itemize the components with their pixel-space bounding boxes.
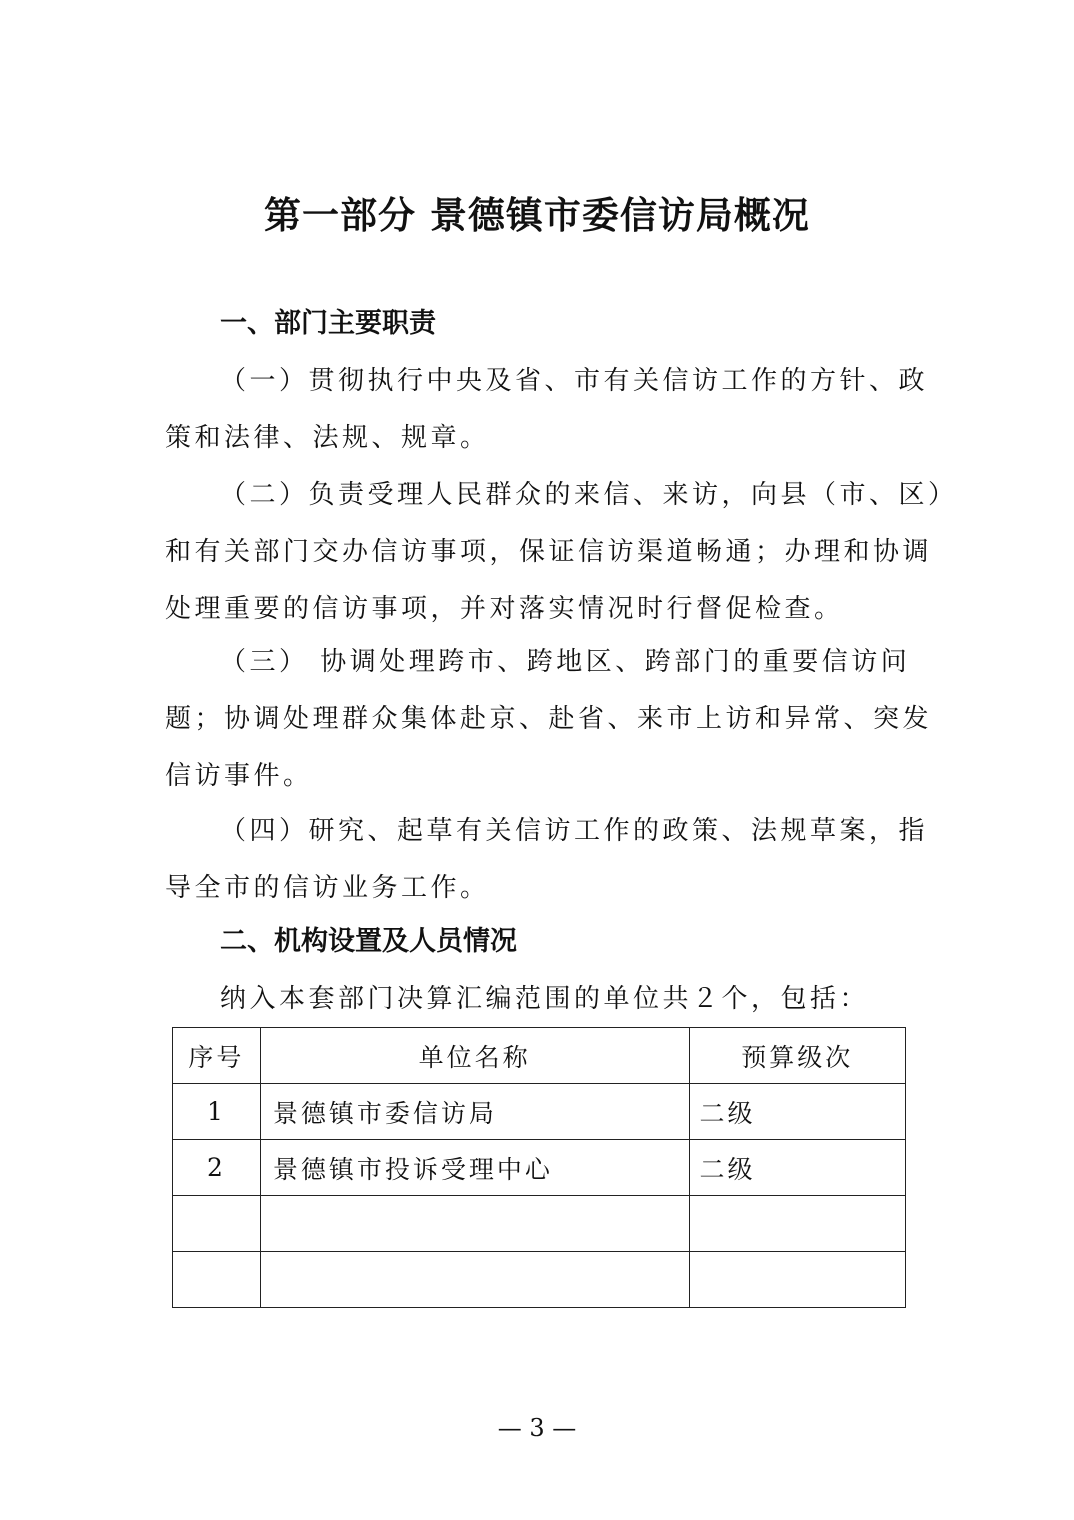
duty-paragraph-3: （三） 协调处理跨市、跨地区、跨部门的重要信访问 题；协调处理群众集体赴京、赴省… — [165, 634, 915, 805]
cell-budget-level: 二级 — [689, 1084, 905, 1140]
header-index: 序号 — [173, 1028, 261, 1084]
intro-text: 纳入本套部门决算汇编范围的单位共２个，包括： — [220, 971, 920, 1028]
cell-unit-name: 景德镇市委信访局 — [260, 1084, 689, 1140]
text-line: 策和法律、法规、规章。 — [165, 410, 915, 467]
cell-index — [173, 1196, 261, 1252]
section1-heading: 一、部门主要职责 — [220, 304, 436, 344]
duty-paragraph-1: （一）贯彻执行中央及省、市有关信访工作的方针、政 策和法律、法规、规章。 — [165, 353, 915, 467]
text-line: （四）研究、起草有关信访工作的政策、法规草案，指 — [165, 803, 915, 860]
cell-unit-name: 景德镇市投诉受理中心 — [260, 1140, 689, 1196]
cell-index: 1 — [173, 1084, 261, 1140]
duty-paragraph-4: （四）研究、起草有关信访工作的政策、法规草案，指 导全市的信访业务工作。 — [165, 803, 915, 917]
table-row: 1 景德镇市委信访局 二级 — [173, 1084, 906, 1140]
text-line: 题；协调处理群众集体赴京、赴省、来市上访和异常、突发 — [165, 691, 915, 748]
cell-index: 2 — [173, 1140, 261, 1196]
header-unit-name: 单位名称 — [260, 1028, 689, 1084]
text-line: （二）负责受理人民群众的来信、来访，向县（市、区） — [165, 467, 915, 524]
text-line: 导全市的信访业务工作。 — [165, 860, 915, 917]
page-number: — 3 — — [0, 1410, 1074, 1446]
section2-heading: 二、机构设置及人员情况 — [220, 922, 517, 962]
cell-unit-name — [260, 1196, 689, 1252]
cell-budget-level: 二级 — [689, 1140, 905, 1196]
page-title: 第一部分 景德镇市委信访局概况 — [0, 188, 1074, 244]
text-line: （三） 协调处理跨市、跨地区、跨部门的重要信访问 — [165, 634, 915, 691]
text-line: 和有关部门交办信访事项，保证信访渠道畅通；办理和协调 — [165, 524, 915, 581]
table-header-row: 序号 单位名称 预算级次 — [173, 1028, 906, 1084]
table-row: 2 景德镇市投诉受理中心 二级 — [173, 1140, 906, 1196]
table-row — [173, 1252, 906, 1308]
cell-budget-level — [689, 1196, 905, 1252]
cell-unit-name — [260, 1252, 689, 1308]
header-budget-level: 预算级次 — [689, 1028, 905, 1084]
text-line: （一）贯彻执行中央及省、市有关信访工作的方针、政 — [165, 353, 915, 410]
cell-index — [173, 1252, 261, 1308]
section2-intro: 纳入本套部门决算汇编范围的单位共２个，包括： — [220, 971, 920, 1028]
cell-budget-level — [689, 1252, 905, 1308]
table-row — [173, 1196, 906, 1252]
text-line: 处理重要的信访事项，并对落实情况时行督促检查。 — [165, 581, 915, 638]
text-line: 信访事件。 — [165, 748, 915, 805]
duty-paragraph-2: （二）负责受理人民群众的来信、来访，向县（市、区） 和有关部门交办信访事项，保证… — [165, 467, 915, 638]
units-table: 序号 单位名称 预算级次 1 景德镇市委信访局 二级 2 景德镇市投诉受理中心 … — [172, 1027, 906, 1308]
